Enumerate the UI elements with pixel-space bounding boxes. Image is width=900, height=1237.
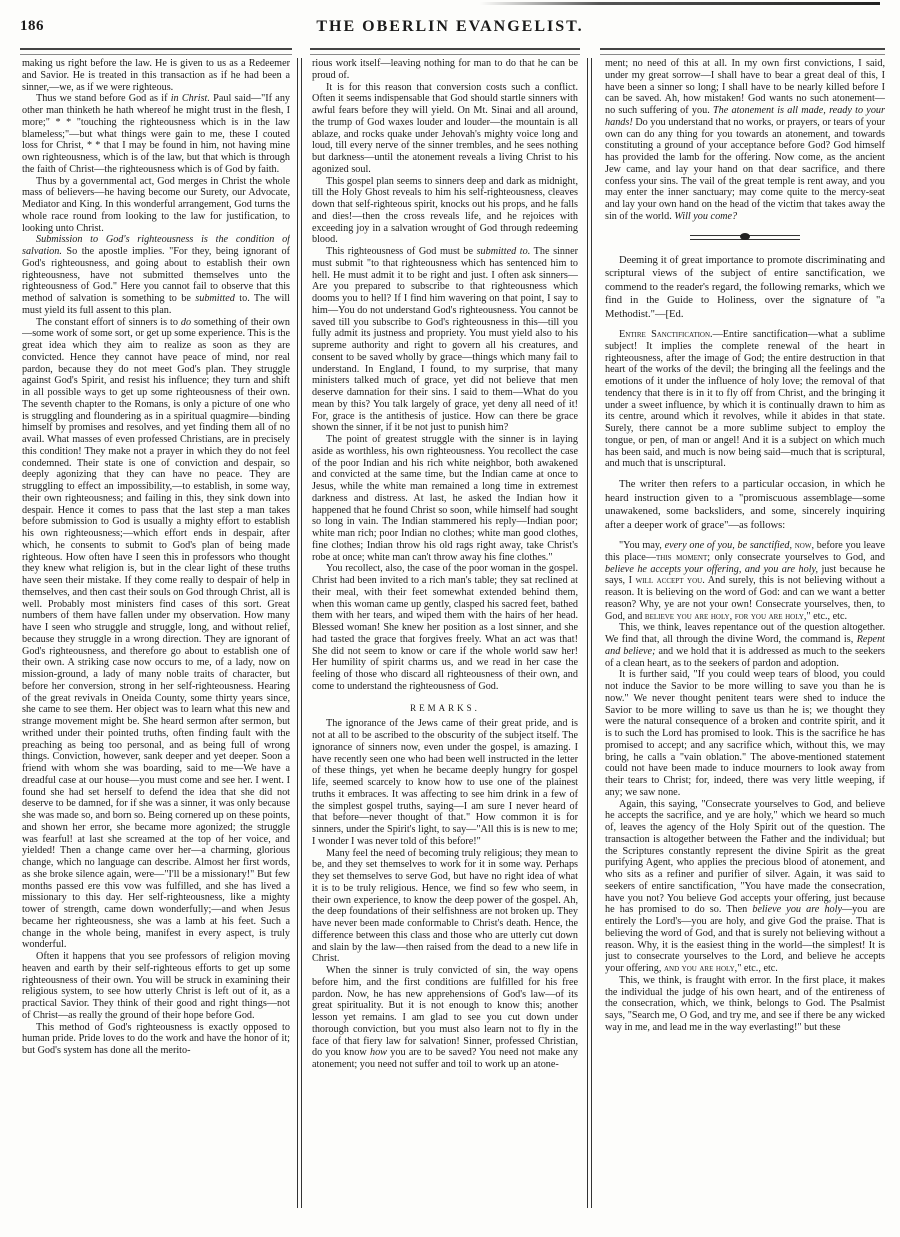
paragraph: The writer then refers to a particular o… <box>605 478 885 532</box>
paragraph: This righteousness of God must be submit… <box>312 246 578 434</box>
paragraph: When the sinner is truly convicted of si… <box>312 965 578 1071</box>
masthead: 186 THE OBERLIN EVANGELIST. <box>0 18 900 40</box>
column-2: rious work itself—leaving nothing for ma… <box>312 58 578 1228</box>
paragraph: Submission to God's righteousness is the… <box>22 234 290 316</box>
column-rule-1 <box>20 48 292 55</box>
paragraph: The ignorance of the Jews came of their … <box>312 718 578 847</box>
paragraph: Many feel the need of becoming truly rel… <box>312 848 578 966</box>
paragraph: This method of God's righteousness is ex… <box>22 1022 290 1057</box>
editor-note: Deeming it of great importance to promot… <box>605 254 885 322</box>
paragraph: Thus we stand before God as if in Christ… <box>22 93 290 175</box>
remarks-heading: REMARKS. <box>312 703 578 715</box>
column-divider <box>587 58 592 1208</box>
paragraph: You recollect, also, the case of the poo… <box>312 563 578 692</box>
paragraph: It is for this reason that conversion co… <box>312 82 578 176</box>
paragraph: Again, this saying, "Consecrate yourselv… <box>605 799 885 975</box>
paragraph: Entire Sanctification.—Entire sanctifica… <box>605 329 885 470</box>
column-1: making us right before the law. He is gi… <box>22 58 290 1228</box>
quotation: "You may, every one of you, be sanctifie… <box>605 540 885 622</box>
column-3: ment; no need of this at all. In my own … <box>605 58 885 1228</box>
paragraph: This, we think, leaves repentance out of… <box>605 622 885 669</box>
paragraph: Thus by a governmental act, God merges i… <box>22 176 290 235</box>
section-divider-ornament <box>690 235 800 240</box>
paragraph: rious work itself—leaving nothing for ma… <box>312 58 578 82</box>
paragraph: The point of greatest struggle with the … <box>312 434 578 563</box>
paragraph: This, we think, is fraught with error. I… <box>605 975 885 1034</box>
top-rule <box>480 2 880 5</box>
page-title: THE OBERLIN EVANGELIST. <box>0 18 900 36</box>
paragraph: This gospel plan seems to sinners deep a… <box>312 176 578 247</box>
paragraph: ment; no need of this at all. In my own … <box>605 58 885 223</box>
column-divider <box>297 58 302 1208</box>
paragraph: Often it happens that you see professors… <box>22 951 290 1022</box>
paragraph: It is further said, "If you could weep t… <box>605 669 885 798</box>
paragraph: The constant effort of sinners is to do … <box>22 317 290 952</box>
column-rule-3 <box>600 48 885 55</box>
paragraph: making us right before the law. He is gi… <box>22 58 290 93</box>
column-rule-2 <box>310 48 580 55</box>
